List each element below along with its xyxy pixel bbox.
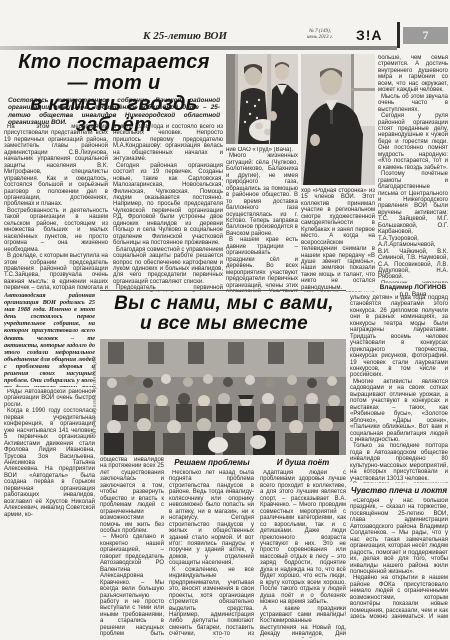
article2-subhead-problems: Решаем проблемы (169, 458, 255, 467)
issue-date: июль 2013 г. (294, 35, 346, 41)
photo-speaker-portrait (301, 54, 375, 185)
signature-author: Владимир ЛОГИНОВ (378, 284, 448, 291)
article1-column-3: ние ОАО «Труд» (Вача). Много жизненных с… (226, 147, 298, 292)
photo-crowd (100, 339, 346, 455)
header-divider (397, 22, 400, 48)
article1-column-5: больше, чем семья стремится. А достичь в… (378, 55, 448, 283)
article1-column-4: хор «Родная сторонка» из 15 членов ВОИ. … (301, 188, 375, 292)
article1-column-1: На этом мероприятии присутствовали предс… (4, 124, 108, 290)
article2-subhead-soul-sings: И душа поёт (260, 458, 346, 467)
photo-award-ceremony (226, 54, 298, 144)
article1-lead: Состоялось торжественное собрание Вачско… (8, 97, 220, 127)
photo-crowd-art (100, 339, 346, 455)
article1-column-2: в июле 1988 года и состояло всего из нес… (113, 124, 223, 292)
article2-left-column: Ряды Автозаводской районной организации … (4, 389, 95, 638)
article2-column-a: общества инвалидов на протяжении всех 25… (100, 457, 164, 638)
article2-intro: Автозаводская районная организация ВОИ р… (4, 292, 95, 387)
article2-right-column-1: улыбку детям» и два года подряд становят… (350, 295, 448, 483)
article2-top-rule (100, 290, 346, 291)
article2-column-c: Адаптация людей с проблемами здоровья лу… (260, 470, 346, 638)
article2-subhead-shoulder: Чувство плеча и локтя (350, 486, 448, 495)
page-number: 7 (403, 27, 448, 44)
newspaper-logo: З!А (356, 27, 383, 43)
article2-column-b: Несколько лет назад была поднята проблем… (169, 470, 254, 638)
article2-headline: Вы с нами, мы с вами, и все мы вместе (101, 294, 347, 334)
photo-award-ceremony-art (226, 54, 298, 144)
header-rule (0, 46, 397, 50)
section-title: К 25-летию ВОИ (90, 30, 280, 42)
newspaper-page: К 25-летию ВОИ № 7 (149), июль 2013 г. З… (0, 0, 450, 640)
photo-speaker-portrait-art (301, 54, 375, 185)
issue-info: № 7 (149), июль 2013 г. (294, 29, 346, 41)
article2-right-column-2: «Сегодня у нас большой праздник, – сказа… (350, 498, 448, 618)
